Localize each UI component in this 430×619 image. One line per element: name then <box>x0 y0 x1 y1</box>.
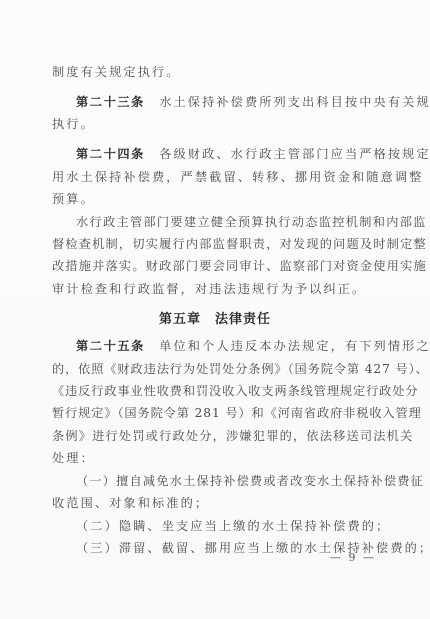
document-page: 制度有关规定执行。 第二十三条 水土保持补偿费所列支出科目按中央有关规定 执行。… <box>0 0 430 619</box>
line-text: 审计检查和行政监督，对违法违规行为予以纠正。 <box>52 282 366 296</box>
chapter-title: 第五章 法律责任 <box>0 308 430 327</box>
line-text: （二）隐瞒、坐支应当上缴的水土保持补偿费的； <box>76 519 390 533</box>
line-text: 暂行规定》（国务院令第 281 号）和《河南省政府非税收入管理 <box>52 406 422 420</box>
line-text: 各级财政、水行政主管部门应当严格按规定使 <box>145 147 430 161</box>
line-text: 督检查机制，切实履行内部监督职责，对发现的问题及时制定整 <box>52 237 427 251</box>
article-24-heading: 第二十四条 各级财政、水行政主管部门应当严格按规定使 <box>76 146 375 162</box>
line-text: 处理： <box>52 451 95 465</box>
article-25-heading: 第二十五条 单位和个人违反本办法规定，有下列情形之一 <box>76 338 375 354</box>
text-line: 条例》进行处罚或行政处分，涉嫌犯罪的，依法移送司法机关 <box>52 428 375 444</box>
text-line: 审计检查和行政监督，对违法违规行为予以纠正。 <box>52 281 375 297</box>
line-text: 制度有关规定执行。 <box>52 65 181 79</box>
text-line: 改措施并落实。财政部门要会同审计、监察部门对资金使用实施 <box>52 258 375 274</box>
text-line: 执行。 <box>52 116 375 132</box>
line-text: （三）滞留、截留、挪用应当上缴的水土保持补偿费的； <box>76 541 430 555</box>
list-item-2: （二）隐瞒、坐支应当上缴的水土保持补偿费的； <box>76 518 375 534</box>
article-number: 第二十四条 <box>76 147 145 161</box>
page-number: — 9 — <box>330 551 376 564</box>
text-line: 的，依照《财政违法行为处罚处分条例》（国务院令第 427 号）、 <box>52 361 375 377</box>
line-text: 水土保持补偿费所列支出科目按中央有关规定 <box>145 95 430 109</box>
line-text: 改措施并落实。财政部门要会同审计、监察部门对资金使用实施 <box>52 259 427 273</box>
line-text: 单位和个人违反本办法规定，有下列情形之一 <box>145 339 430 353</box>
article-number: 第二十三条 <box>76 95 145 109</box>
line-text: 的，依照《财政违法行为处罚处分条例》（国务院令第 427 号）、 <box>52 362 429 376</box>
text-line: 《违反行政事业性收费和罚没收入收支两条线管理规定行政处分 <box>52 383 375 399</box>
list-item-1: （一）擅自减免水土保持补偿费或者改变水土保持补偿费征 <box>76 473 375 489</box>
line-text: 条例》进行处罚或行政处分，涉嫌犯罪的，依法移送司法机关 <box>52 429 413 443</box>
article-23-heading: 第二十三条 水土保持补偿费所列支出科目按中央有关规定 <box>76 94 375 110</box>
text-line: 制度有关规定执行。 <box>52 64 375 80</box>
line-text: 水行政主管部门要建立健全预算执行动态监控机制和内部监 <box>76 215 427 229</box>
text-line: 水行政主管部门要建立健全预算执行动态监控机制和内部监 <box>76 214 375 230</box>
line-text: 预算。 <box>52 192 95 206</box>
line-text: 《违反行政事业性收费和罚没收入收支两条线管理规定行政处分 <box>52 384 418 398</box>
line-text: 收范围、对象和标准的； <box>52 496 209 510</box>
text-line: 处理： <box>52 450 375 466</box>
line-text: （一）擅自减免水土保持补偿费或者改变水土保持补偿费征 <box>76 474 424 488</box>
text-line: 收范围、对象和标准的； <box>52 495 375 511</box>
text-line: 预算。 <box>52 191 375 207</box>
line-text: 用水土保持补偿费，严禁截留、转移、挪用资金和随意调整 <box>52 170 423 184</box>
article-number: 第二十五条 <box>76 339 145 353</box>
line-text: 执行。 <box>52 117 95 131</box>
text-line: 暂行规定》（国务院令第 281 号）和《河南省政府非税收入管理 <box>52 405 375 421</box>
text-line: 督检查机制，切实履行内部监督职责，对发现的问题及时制定整 <box>52 236 375 252</box>
text-line: 用水土保持补偿费，严禁截留、转移、挪用资金和随意调整 <box>52 169 375 185</box>
